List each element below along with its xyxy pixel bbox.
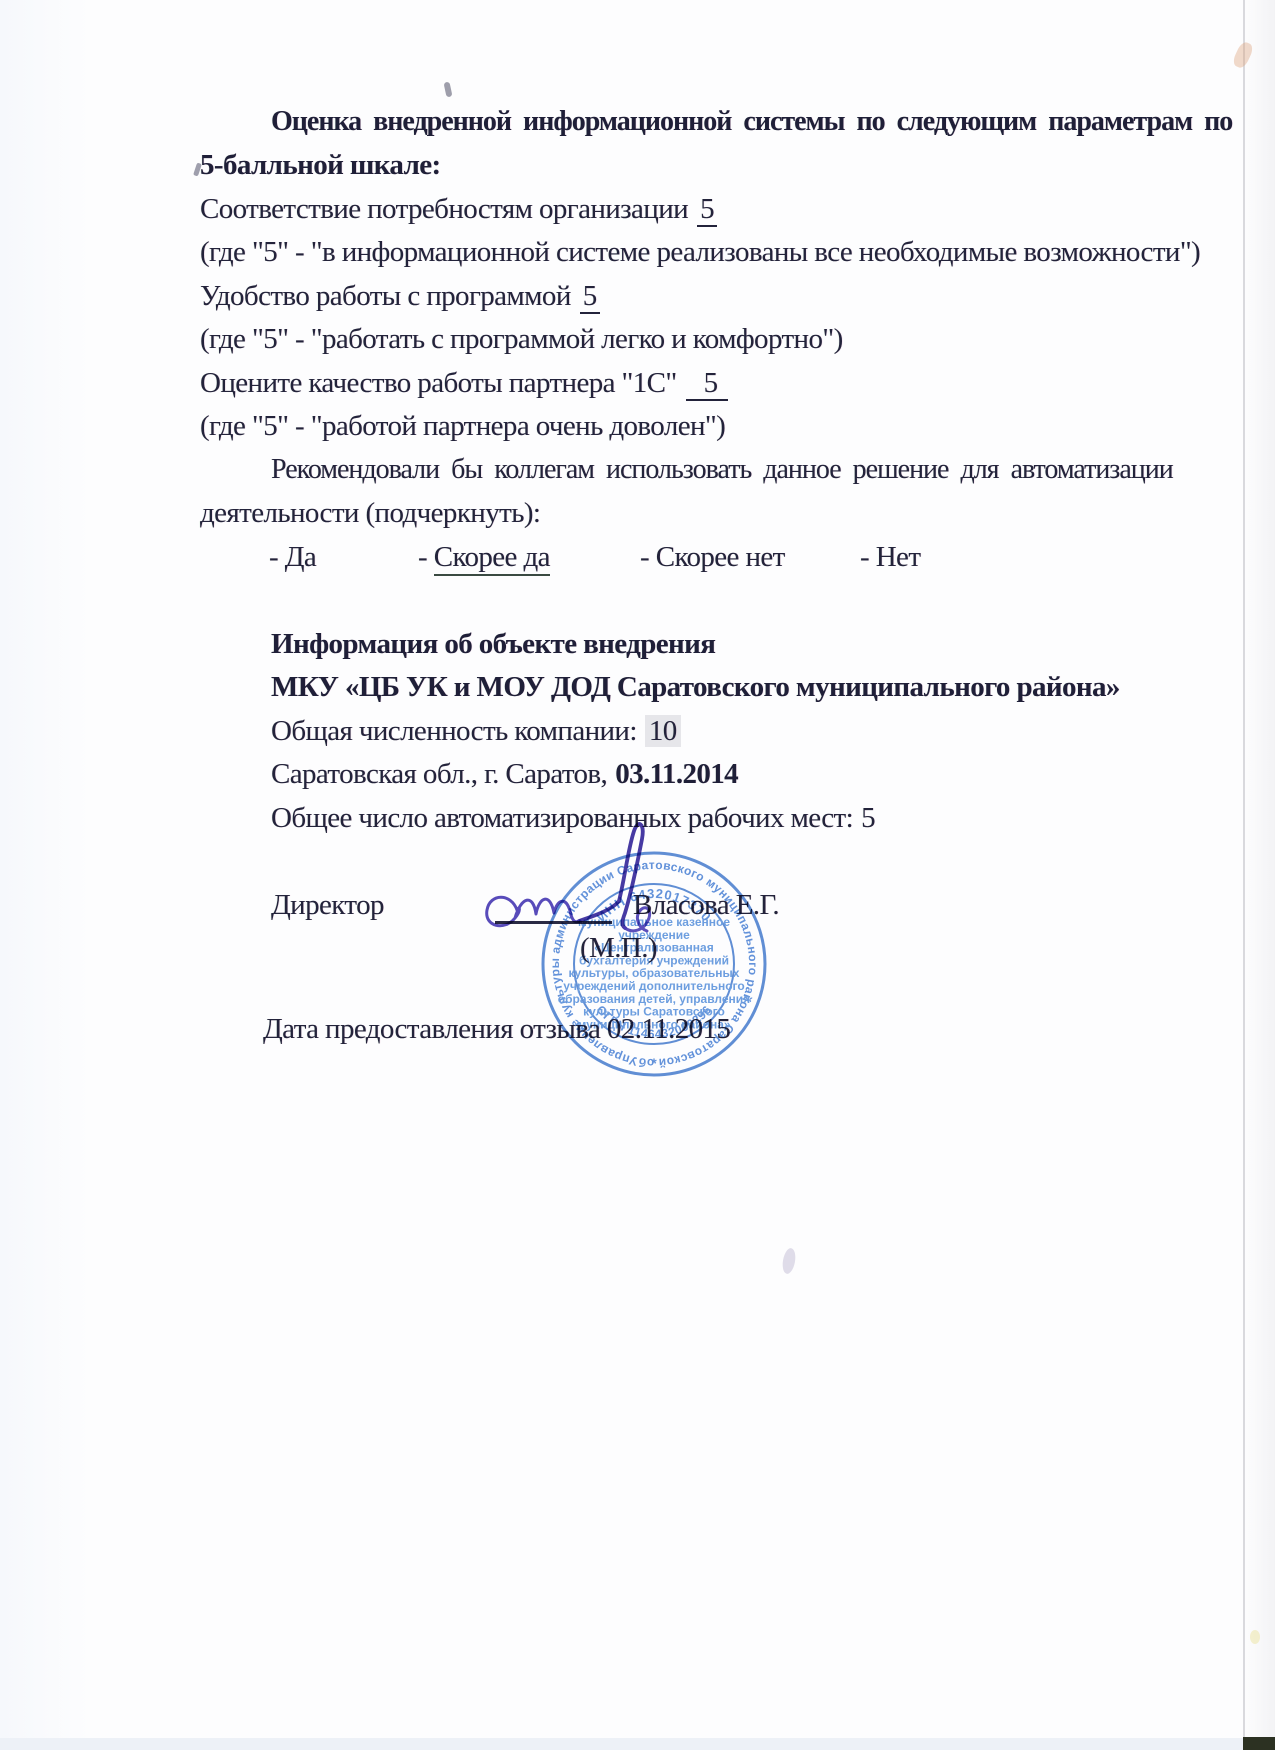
rating-line-usability: Удобство работы с программой5 — [200, 278, 1120, 314]
rating-value-underlined: 5 — [580, 280, 600, 314]
signature-loops-stroke — [487, 897, 579, 925]
document-title-line2: 5-балльной шкале: — [200, 147, 1120, 183]
director-role-label: Директор — [271, 887, 384, 923]
workstations-value: 5 — [861, 802, 875, 834]
location-date-line: Саратовская обл., г. Саратов,03.11.2014 — [200, 756, 1191, 792]
scan-bottom-band — [0, 1738, 1275, 1750]
rating-note: (где "5" - "в информационной системе реа… — [200, 234, 1120, 270]
rating-line-needs: Соответствие потребностям организации5 — [200, 191, 1120, 227]
organization-name: МКУ «ЦБ УК и МОУ ДОД Саратовского муници… — [200, 669, 1191, 705]
option-yes: - Да — [269, 539, 316, 575]
option-no: - Нет — [860, 539, 920, 575]
company-size-label: Общая численность компании: — [271, 715, 637, 747]
rating-note: (где "5" - "работать с программой легко … — [200, 321, 1120, 357]
option-text-underlined: Скорее да — [434, 541, 550, 576]
company-size-value-highlighted: 10 — [645, 715, 681, 747]
scan-corner-mark — [1231, 40, 1255, 69]
signature-tail-stroke — [625, 908, 650, 931]
rating-label: Соответствие потребностям организации — [200, 193, 688, 225]
signature-spike-stroke — [579, 824, 643, 928]
workstations-line: Общее число автоматизированных рабочих м… — [200, 800, 1191, 836]
scan-speck — [1250, 1630, 1260, 1644]
scan-smudge — [781, 1247, 797, 1275]
recommendation-line2: деятельности (подчеркнуть): — [200, 495, 1120, 531]
option-text: Да — [285, 541, 316, 573]
info-section-heading: Информация об объекте внедрения — [200, 626, 1191, 662]
rating-value-underlined: 5 — [697, 193, 717, 227]
rating-line-partner: Оцените качество работы партнера "1С"5 — [200, 365, 1120, 401]
rating-label: Оцените качество работы партнера "1С" — [200, 367, 677, 399]
stamp-ring-star: * — [651, 1055, 657, 1071]
ink-speck — [444, 82, 453, 98]
page-edge-line — [1243, 0, 1245, 1750]
option-rather-no: - Скорее нет — [640, 539, 785, 575]
location-text: Саратовская обл., г. Саратов, — [271, 758, 607, 790]
option-text: Скорее нет — [656, 541, 785, 573]
option-text: Нет — [876, 541, 921, 573]
implementation-date: 03.11.2014 — [615, 758, 738, 790]
option-dash: - — [640, 541, 649, 573]
document-title-line1: Оценка внедренной информационной системы… — [200, 104, 1191, 140]
stamp-center-line: муниципального района» — [577, 1017, 730, 1031]
scanned-document-page: Оценка внедренной информационной системы… — [0, 0, 1275, 1750]
rating-value-underlined: 5 — [686, 367, 728, 401]
option-dash: - — [418, 541, 427, 573]
scan-bottom-corner-strip — [1243, 1737, 1275, 1750]
option-dash: - — [860, 541, 869, 573]
option-dash: - — [269, 541, 278, 573]
handwritten-signature — [475, 815, 675, 945]
company-size-line: Общая численность компании:10 — [200, 713, 1191, 749]
option-rather-yes-underlined: - Скорее да — [418, 539, 550, 575]
recommendation-line1: Рекомендовали бы коллегам использовать д… — [200, 452, 1191, 488]
rating-label: Удобство работы с программой — [200, 280, 571, 312]
rating-note: (где "5" - "работой партнера очень довол… — [200, 408, 1120, 444]
